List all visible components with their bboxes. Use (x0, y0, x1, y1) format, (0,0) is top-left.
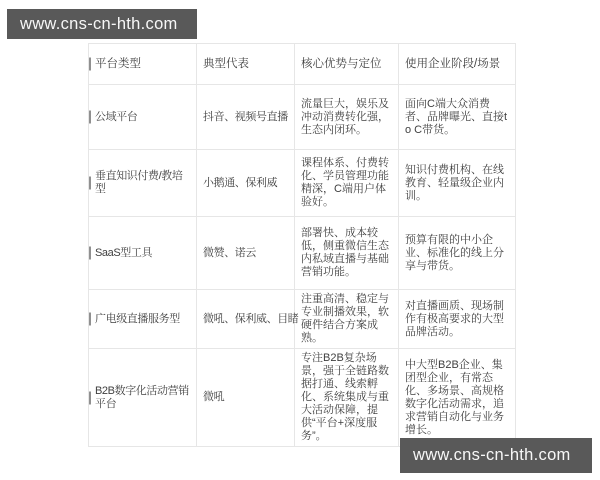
cell-platform-type-label: B2B数字化活动营销平台 (95, 385, 189, 410)
cell-platform-type-label: SaaS型工具 (95, 247, 152, 259)
table-row-public-platform: 公域平台 抖音、视频号直播 流量巨大，娱乐及冲动消费转化强，生态内闭环。 面向C… (89, 85, 516, 150)
cell-scenarios: 对直播画质、现场制作有极高要求的大型品牌活动。 (399, 290, 516, 349)
cell-representatives: 微赞、诺云 (197, 217, 295, 290)
row-tick (89, 391, 91, 404)
cell-advantages: 流量巨大，娱乐及冲动消费转化强，生态内闭环。 (295, 85, 399, 150)
table-row-b2b-marketing: B2B数字化活动营销平台 微吼 专注B2B复杂场景，强于全链路数据打通、线索孵化… (89, 349, 516, 447)
watermark-bottom-text: www.cns-cn-hth.com (413, 446, 571, 465)
cell-scenarios: 面向C端大众消费者、品牌曝光、直接to C带货。 (399, 85, 516, 150)
cell-platform-type: 广电级直播服务型 (89, 290, 197, 349)
cell-representatives: 抖音、视频号直播 (197, 85, 295, 150)
column-header-scenarios: 使用企业阶段/场景 (399, 44, 516, 85)
page: www.cns-cn-hth.com 平台类型 典型代表 核心优势与定位 使用企… (0, 0, 600, 480)
table-row-knowledge-payment: 垂直知识付费/教培型 小鹅通、保利威 课程体系、付费转化、学员管理功能精深，C端… (89, 150, 516, 217)
cell-representatives: 微吼 (197, 349, 295, 447)
cell-representatives: 小鹅通、保利威 (197, 150, 295, 217)
watermark-bottom: www.cns-cn-hth.com (400, 438, 592, 473)
column-header-advantages: 核心优势与定位 (295, 44, 399, 85)
cell-advantages: 专注B2B复杂场景，强于全链路数据打通、线索孵化、系统集成与重大活动保障，提供“… (295, 349, 399, 447)
column-header-label: 平台类型 (95, 58, 141, 70)
cell-representatives: 微吼、保利威、目睹 (197, 290, 295, 349)
row-tick (89, 313, 91, 326)
table-row-saas-tool: SaaS型工具 微赞、诺云 部署快、成本较低，侧重微信生态内私域直播与基础营销功… (89, 217, 516, 290)
column-header-platform-type: 平台类型 (89, 44, 197, 85)
cell-scenarios: 知识付费机构、在线教育、轻量级企业内训。 (399, 150, 516, 217)
row-tick (89, 177, 91, 190)
row-tick (89, 247, 91, 260)
cell-platform-type-label: 广电级直播服务型 (95, 313, 180, 325)
cell-platform-type: 公域平台 (89, 85, 197, 150)
table-header-row: 平台类型 典型代表 核心优势与定位 使用企业阶段/场景 (89, 44, 516, 85)
cell-platform-type-label: 垂直知识付费/教培型 (95, 170, 182, 195)
watermark-top: www.cns-cn-hth.com (7, 9, 197, 39)
cell-advantages: 部署快、成本较低，侧重微信生态内私域直播与基础营销功能。 (295, 217, 399, 290)
platform-comparison-table: 平台类型 典型代表 核心优势与定位 使用企业阶段/场景 公域平台 抖音、视频号直… (88, 43, 516, 447)
cell-platform-type: 垂直知识付费/教培型 (89, 150, 197, 217)
table-row-broadcast-service: 广电级直播服务型 微吼、保利威、目睹 注重高清、稳定与专业制播效果，软硬件结合方… (89, 290, 516, 349)
cell-platform-type-label: 公域平台 (95, 111, 137, 123)
cell-platform-type: SaaS型工具 (89, 217, 197, 290)
cell-scenarios: 预算有限的中小企业、标准化的线上分享与带货。 (399, 217, 516, 290)
cell-scenarios: 中大型B2B企业、集团型企业，有常态化、多场景、高规格数字化活动需求，追求营销自… (399, 349, 516, 447)
row-tick (89, 111, 91, 124)
cell-advantages: 课程体系、付费转化、学员管理功能精深，C端用户体验好。 (295, 150, 399, 217)
column-header-representatives: 典型代表 (197, 44, 295, 85)
cell-platform-type: B2B数字化活动营销平台 (89, 349, 197, 447)
row-tick (89, 58, 91, 71)
cell-advantages: 注重高清、稳定与专业制播效果，软硬件结合方案成熟。 (295, 290, 399, 349)
watermark-top-text: www.cns-cn-hth.com (20, 15, 178, 34)
